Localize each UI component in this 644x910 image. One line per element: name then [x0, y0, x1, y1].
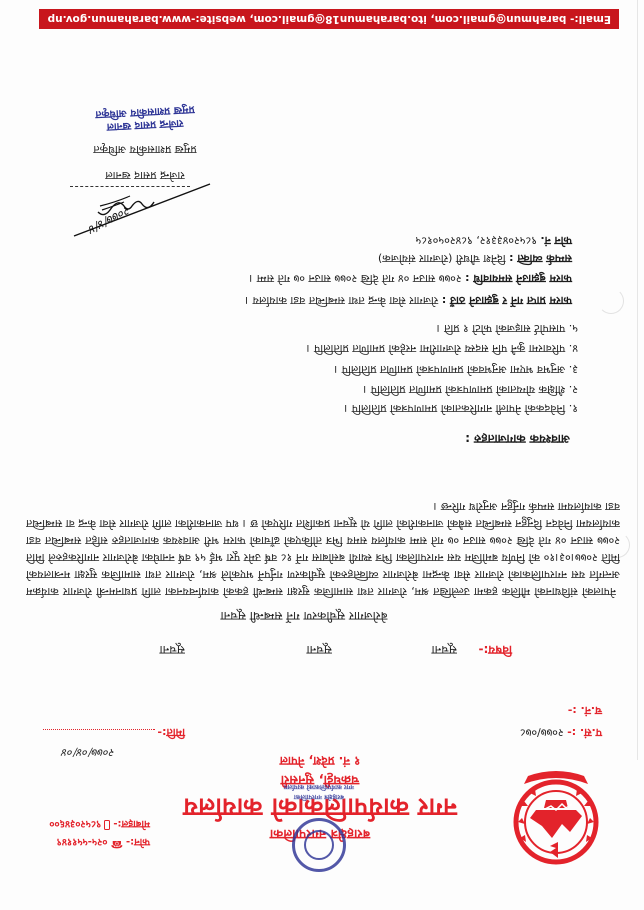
mobile-phone-icon: [104, 820, 110, 830]
letter-date: मिति:-: [43, 725, 185, 740]
document-item: ५. पासपोर्ट साइजको फोटो १ प्रति ।: [436, 321, 578, 336]
seal-text: नगर कार्यपालिकाको कार्यालय: [274, 783, 364, 792]
telephone-icon: ☎: [111, 838, 123, 848]
reference-value: २०७७/०७८: [520, 726, 564, 739]
phone-contact: फोन:- ☎ ०२५-५५११४९: [57, 836, 150, 850]
mobile-number: ९८५२०३४६००: [49, 818, 101, 832]
detail-label: फोन नं.: [540, 234, 572, 247]
detail-value: २०७७ साउन ०४ गते देखि २०७७ साउन ०७ गते स…: [249, 272, 462, 285]
subject-label: विषय:-: [479, 642, 512, 659]
subject-heading: सूचना: [159, 642, 185, 659]
document-item: ३. अनुभव भएमा अनुभवको प्रमाणपत्रको प्रमा…: [334, 362, 578, 377]
signatory-name: राजेन्द्र प्रसाद खनाल: [70, 168, 220, 183]
reference-label: प.सं. :-: [567, 726, 602, 739]
notice-letter-page: बराहक्षेत्र नगरपालिका नगर कार्यपालिकाको …: [0, 0, 644, 910]
detail-label: सम्पर्क व्यक्ति :: [509, 252, 572, 265]
contact-person-detail: सम्पर्क व्यक्ति : दिनेश चौधरी (रोजगार सं…: [378, 251, 572, 266]
punch-hole-mark: [598, 288, 624, 314]
form-location-detail: फारम प्राप्त गर्ने र बुझाउने ठाउँ : रोजग…: [245, 293, 572, 308]
date-dotted-line: [43, 729, 155, 730]
submission-period-detail: फारम बुझाउने समयावधि : २०७७ साउन ०४ गते …: [249, 271, 572, 286]
date-label: मिति:-: [157, 726, 185, 739]
province-line: १ नं. प्रदेश, नेपाल: [120, 753, 520, 770]
document-item: ४. परिवारमा कुनै पनि सदस्य रोजगारीमा नरह…: [306, 341, 578, 356]
detail-value: ९८५२०४३३१२, ९८४२०५०१८५: [416, 234, 537, 247]
scan-page-edge: [637, 0, 638, 760]
detail-label: फारम प्राप्त गर्ने र बुझाउने ठाउँ :: [442, 294, 572, 307]
dispatch-number: च.नं. :-: [568, 703, 602, 718]
office-seal-stamp: [292, 818, 346, 872]
detail-value: रोजगार सेवा केन्द्र तथा सम्बन्धित वडा का…: [245, 294, 438, 307]
subject-heading: सूचना: [306, 642, 332, 659]
notice-body-paragraph: नेपालको संविधानको मौलिक हकमा उल्लेखित श्…: [26, 464, 620, 600]
dispatch-label: च.नं. :-: [568, 704, 602, 717]
subject-heading: सूचना: [431, 642, 457, 659]
footer-contact-bar: Email:- barahmun@gmail.com, ito.barahamu…: [39, 9, 619, 29]
nepal-government-emblem-icon: [510, 770, 602, 868]
signatory-designation: प्रमुख प्रशासकीय अधिकृत: [70, 142, 220, 157]
document-item: २. शैक्षिक योग्यताको प्रमाणपत्रको प्रमाण…: [363, 382, 578, 397]
seal-text: बराहक्षेत्र नगरपालिका: [274, 793, 364, 802]
reference-number: प.सं. :- २०७७/०७८: [520, 725, 602, 740]
detail-label: फारम बुझाउने समयावधि :: [465, 272, 572, 285]
required-documents-heading: आवश्यक कागजातहरु :: [465, 431, 570, 448]
phone-number: ०२५-५५११४९: [57, 836, 108, 850]
document-item: १. निवेदकको नेपाली नागरिकताको प्रमाणपत्र…: [344, 401, 578, 416]
signature-dashed-line: [70, 186, 190, 187]
handwritten-signature-icon: [64, 178, 214, 242]
mobile-label: मोबाइल:-: [113, 818, 150, 832]
detail-value: दिनेश चौधरी (रोजगार संयोजक): [378, 252, 506, 265]
contact-phone-detail: फोन नं. ९८५२०४३३१२, ९८४२०५०१८५: [416, 233, 572, 248]
mobile-contact: मोबाइल:- ९८५२०३४६००: [49, 818, 150, 832]
phone-label: फोन:-: [126, 836, 150, 850]
letter-date-handwritten: २०७७/०४/०४: [62, 745, 115, 760]
notice-title: बेरोजगार सूचीकरण गर्ने सम्बन्धी सूचना: [164, 608, 444, 625]
